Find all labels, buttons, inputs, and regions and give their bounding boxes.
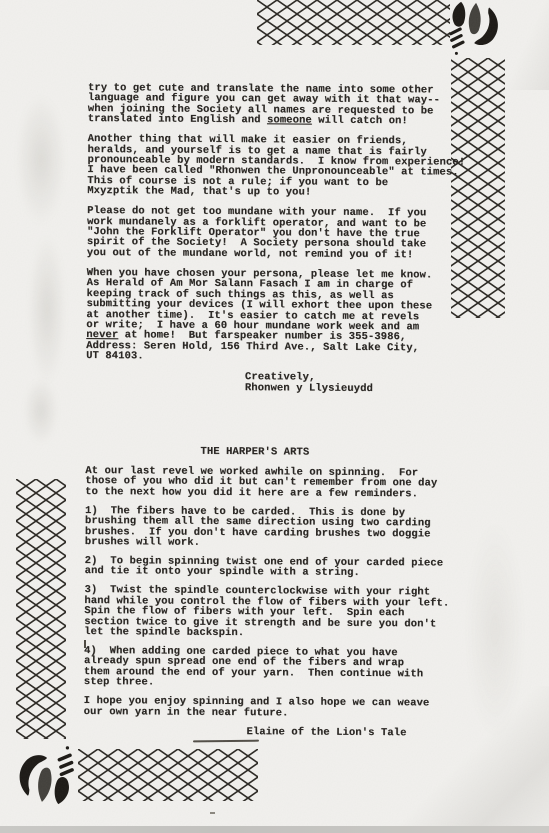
text-line: to the next how you did it here are a fe… — [85, 487, 465, 500]
typewritten-text: try to get cute and translate the name i… — [83, 83, 468, 739]
letter-signature: Rhonwen y Llysieuydd — [245, 383, 466, 395]
letter-paragraphs: try to get cute and translate the name i… — [86, 83, 468, 364]
paragraph: 2) To begin spinning twist one end of yo… — [85, 556, 465, 579]
lattice-border-left — [16, 479, 66, 739]
letter-signature-block: Creatively, Rhonwen y Llysieuydd — [86, 371, 466, 394]
paragraph: 3) Twist the spindle counterclockwise wi… — [84, 585, 464, 640]
paragraph: When you have chosen your persona, pleas… — [86, 268, 467, 364]
scanned-newsletter-page: try to get cute and translate the name i… — [0, 0, 549, 833]
bird-stamp-icon — [8, 738, 78, 806]
bleed-through-smudge — [28, 235, 66, 385]
article-paragraphs: At our last revel we worked awhile on sp… — [84, 466, 466, 720]
paragraph: 4) When adding one carded piece to what … — [84, 646, 464, 690]
bleed-through-smudge — [16, 95, 66, 225]
lattice-border-top — [257, 0, 450, 45]
scan-artifact-line — [193, 740, 259, 743]
herald-letter: try to get cute and translate the name i… — [86, 83, 468, 395]
article-signature: Elaine of the Lion's Tale — [83, 726, 463, 739]
bird-stamp-icon — [447, 1, 507, 59]
bleed-through-smudge — [24, 378, 58, 444]
scan-edge-bottom — [0, 826, 549, 833]
text-line: you out of the mundane world, not remind… — [87, 248, 467, 261]
paragraph: I hope you enjoy spinning and I also hop… — [84, 696, 464, 719]
text-line: Mxyzptik the Mad, that's up to you! — [87, 186, 467, 199]
lattice-border-bottom — [78, 749, 258, 801]
paragraph: 1) The fibers have to be carded. This is… — [85, 506, 465, 550]
paragraph: Please do not get too mundane with your … — [87, 206, 467, 261]
paragraph: try to get cute and translate the name i… — [88, 83, 468, 127]
scan-artifact-speck — [210, 812, 215, 814]
article-title: THE HARPER'S ARTS — [85, 446, 465, 459]
harpers-arts-article: THE HARPER'S ARTS At our last revel we w… — [83, 446, 465, 739]
paragraph: Another thing that will make it easier o… — [87, 134, 467, 199]
paragraph: At our last revel we worked awhile on sp… — [85, 466, 465, 500]
